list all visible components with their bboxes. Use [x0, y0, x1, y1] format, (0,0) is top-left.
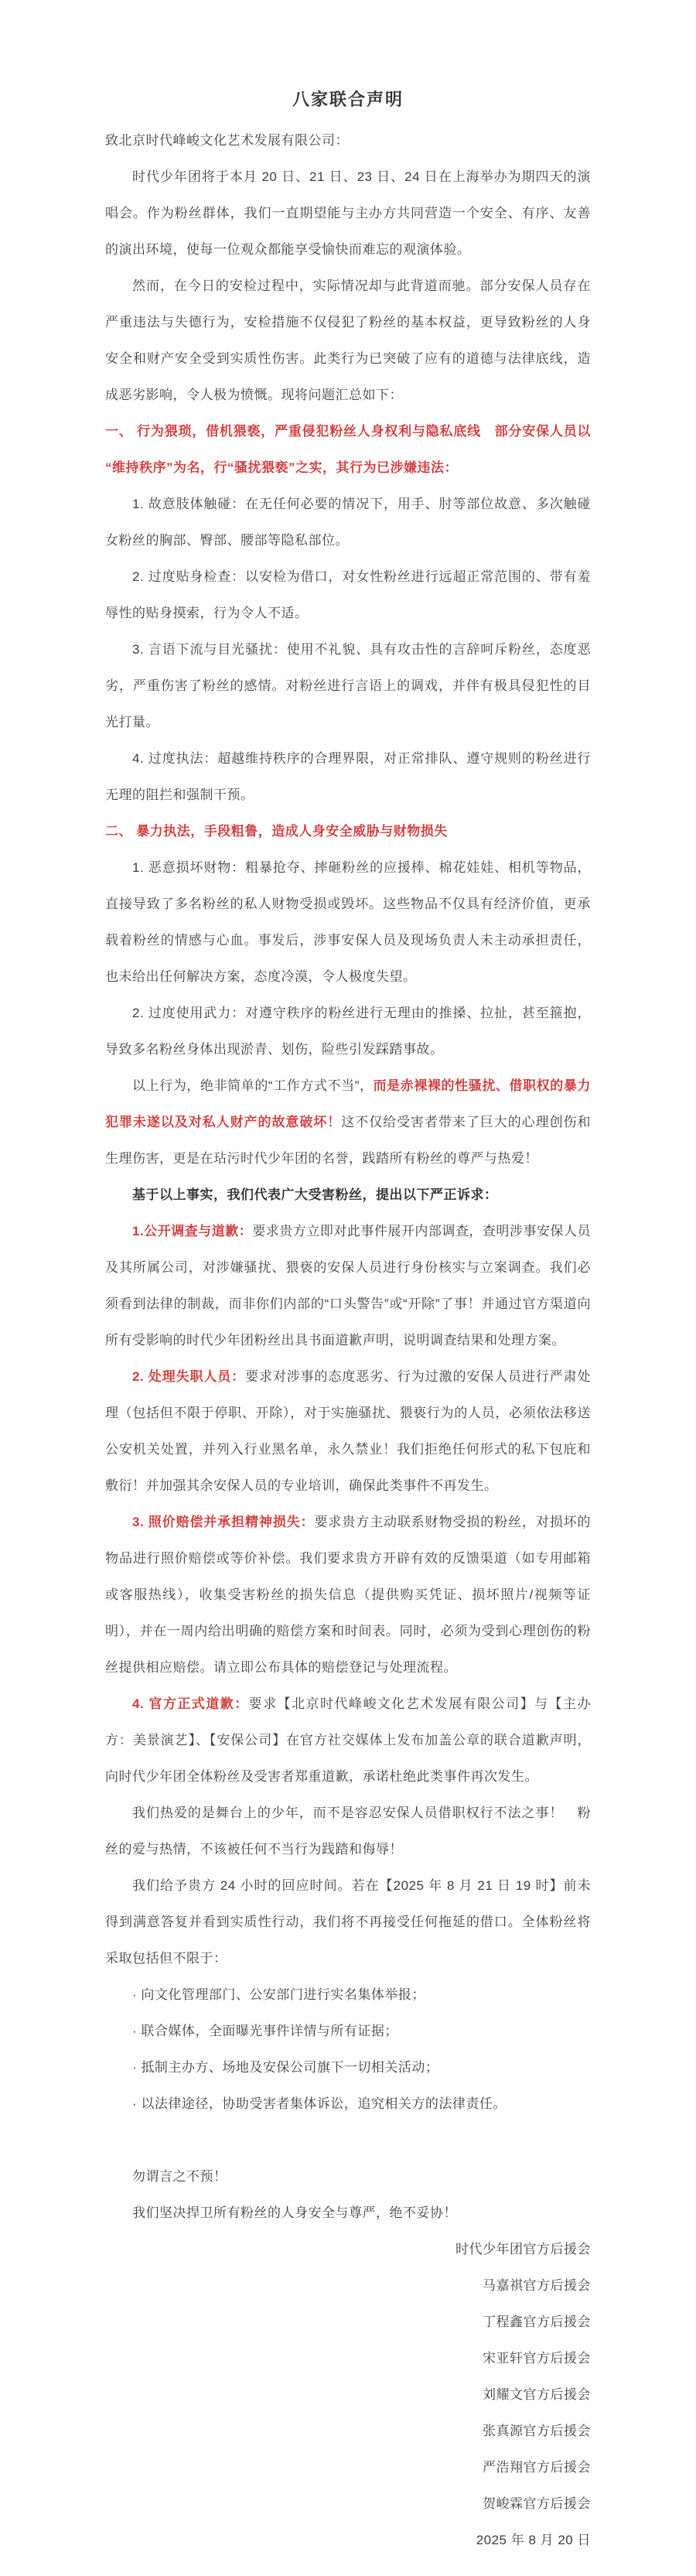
paragraph: 2. 过度贴身检查：以安检为借口，对女性粉丝进行远超正常范围的、带有羞辱性的贴身…	[105, 559, 591, 631]
body-text: 联合媒体，全面曝光事件详情与所有证据；	[141, 2024, 398, 2038]
paragraph: 3. 照价赔偿并承担精神损失：要求贵方主动联系财物受损的粉丝，对损坏的物品进行照…	[105, 1504, 591, 1686]
body-text: 1. 故意肢体触碰：在无任何必要的情况下，用手、肘等部位故意、多次触碰女粉丝的胸…	[105, 497, 591, 548]
body-text: 我们热爱的是舞台上的少年，而不是容忍安保人员借职权行不法之事！ 粉丝的爱与热情，…	[105, 1806, 591, 1857]
paragraph: 然而，在今日的安检过程中，实际情况却与此背道而驰。部分安保人员存在严重违法与失德…	[105, 268, 591, 413]
body-text: 向文化管理部门、公安部门进行实名集体举报；	[141, 1987, 425, 2002]
document-body: 致北京时代峰峻文化艺术发展有限公司：时代少年团将于本月 20 日、21 日、23…	[105, 122, 591, 2558]
paragraph: 2. 过度使用武力：对遵守秩序的粉丝进行无理由的推搡、拉扯，甚至箍抱，导致多名粉…	[105, 995, 591, 1068]
signature-line: 刘耀文官方后援会	[105, 2376, 591, 2413]
body-text: 4. 过度执法：超越维持秩序的合理界限，对正常排队、遵守规则的粉丝进行无理的阻拦…	[105, 751, 591, 802]
paragraph: 勿谓言之不预！	[105, 2158, 591, 2195]
signature-line: 马嘉祺官方后援会	[105, 2267, 591, 2304]
signature-line: 宋亚轩官方后援会	[105, 2340, 591, 2376]
signature-line: 时代少年团官方后援会	[105, 2231, 591, 2267]
emphasis-red-text: 2. 处理失职人员：	[132, 1369, 245, 1384]
paragraph: 4. 过度执法：超越维持秩序的合理界限，对正常排队、遵守规则的粉丝进行无理的阻拦…	[105, 740, 591, 813]
paragraph: 1. 恶意损坏财物：粗暴抢夺、摔砸粉丝的应援棒、棉花娃娃、相机等物品，直接导致了…	[105, 849, 591, 995]
bullet-marker-icon: ·	[132, 2096, 141, 2111]
body-text: 贺峻霖官方后援会	[483, 2496, 591, 2511]
bullet-item: · 抵制主办方、场地及安保公司旗下一切相关活动；	[105, 2049, 591, 2086]
paragraph: 以上行为，绝非简单的“工作方式不当”，而是赤裸裸的性骚扰、借职权的暴力犯罪未遂以…	[105, 1068, 591, 1177]
date-line: 2025 年 8 月 20 日	[105, 2522, 591, 2558]
body-text: 2025 年 8 月 20 日	[476, 2533, 591, 2547]
body-text: 致北京时代峰峻文化艺术发展有限公司：	[105, 133, 349, 148]
paragraph: 1. 故意肢体触碰：在无任何必要的情况下，用手、肘等部位故意、多次触碰女粉丝的胸…	[105, 486, 591, 559]
body-text: 我们坚决捍卫所有粉丝的人身安全与尊严，绝不妥协！	[132, 2205, 457, 2220]
emphasis-red-text: 1.公开调查与道歉：	[132, 1224, 252, 1238]
document-page: 八家联合声明 致北京时代峰峻文化艺术发展有限公司：时代少年团将于本月 20 日、…	[0, 0, 696, 2576]
body-text: 3. 言语下流与目光骚扰：使用不礼貌、具有攻击性的言辞呵斥粉丝，态度恶劣，严重伤…	[105, 642, 591, 729]
emphasis-red-text: 二、 暴力执法，手段粗鲁，造成人身安全威胁与财物损失	[105, 824, 448, 839]
body-text: 马嘉祺官方后援会	[483, 2278, 591, 2293]
paragraph: 基于以上事实，我们代表广大受害粉丝，提出以下严正诉求：	[105, 1177, 591, 1213]
body-text: 要求贵方主动联系财物受损的粉丝，对损坏的物品进行照价赔偿或等价补偿。我们要求贵方…	[105, 1515, 591, 1675]
paragraph: 我们给予贵方 24 小时的回应时间。若在【2025 年 8 月 21 日 19 …	[105, 1867, 591, 1976]
body-text: 以法律途径，协助受害者集体诉讼，追究相关方的法律责任。	[141, 2096, 507, 2111]
body-text: 抵制主办方、场地及安保公司旗下一切相关活动；	[141, 2060, 438, 2075]
body-text: 刘耀文官方后援会	[483, 2387, 591, 2402]
emphasis-red-text: 4. 官方正式道歉：	[132, 1696, 249, 1711]
emphasis-red-text: 3. 照价赔偿并承担精神损失：	[132, 1515, 315, 1529]
paragraph: 1.公开调查与道歉：要求贵方立即对此事件展开内部调查，查明涉事安保人员及其所属公…	[105, 1213, 591, 1358]
body-text: 丁程鑫官方后援会	[483, 2315, 591, 2329]
bullet-item: · 联合媒体，全面曝光事件详情与所有证据；	[105, 2013, 591, 2049]
bullet-item: · 以法律途径，协助受害者集体诉讼，追究相关方的法律责任。	[105, 2086, 591, 2122]
body-text: 1. 恶意损坏财物：粗暴抢夺、摔砸粉丝的应援棒、棉花娃娃、相机等物品，直接导致了…	[105, 860, 591, 984]
paragraph: 我们坚决捍卫所有粉丝的人身安全与尊严，绝不妥协！	[105, 2195, 591, 2231]
document-title: 八家联合声明	[105, 87, 591, 113]
signature-line: 丁程鑫官方后援会	[105, 2304, 591, 2340]
body-text: 时代少年团官方后援会	[455, 2242, 591, 2257]
paragraph: 时代少年团将于本月 20 日、21 日、23 日、24 日在上海举办为期四天的演…	[105, 159, 591, 268]
signature-line: 贺峻霖官方后援会	[105, 2485, 591, 2522]
signature-line: 张真源官方后援会	[105, 2413, 591, 2449]
section-heading: 一、 行为猥琐，借机猥亵，严重侵犯粉丝人身权利与隐私底线 部分安保人员以“维持秩…	[105, 413, 591, 486]
signature-line: 严浩翔官方后援会	[105, 2449, 591, 2485]
emphasis-red-text: 一、 行为猥琐，借机猥亵，严重侵犯粉丝人身权利与隐私底线 部分安保人员以“维持秩…	[105, 424, 591, 475]
body-text: 以上行为，绝非简单的“工作方式不当”，	[132, 1078, 374, 1093]
body-text: 时代少年团将于本月 20 日、21 日、23 日、24 日在上海举办为期四天的演…	[105, 169, 591, 257]
paragraph: 2. 处理失职人员：要求对涉事的态度恶劣、行为过激的安保人员进行严肃处理（包括但…	[105, 1358, 591, 1504]
body-text: 严浩翔官方后援会	[483, 2460, 591, 2475]
body-text: 2. 过度使用武力：对遵守秩序的粉丝进行无理由的推搡、拉扯，甚至箍抱，导致多名粉…	[105, 1006, 591, 1057]
body-text: 要求对涉事的态度恶劣、行为过激的安保人员进行严肃处理（包括但不限于停职、开除），…	[105, 1369, 591, 1493]
body-text: 要求贵方立即对此事件展开内部调查，查明涉事安保人员及其所属公司，对涉嫌骚扰、猥亵…	[105, 1224, 591, 1348]
paragraph: 我们热爱的是舞台上的少年，而不是容忍安保人员借职权行不法之事！ 粉丝的爱与热情，…	[105, 1795, 591, 1867]
salutation-line: 致北京时代峰峻文化艺术发展有限公司：	[105, 122, 591, 159]
bullet-marker-icon: ·	[132, 2024, 141, 2038]
document-content: 八家联合声明 致北京时代峰峻文化艺术发展有限公司：时代少年团将于本月 20 日、…	[105, 0, 591, 2558]
section-heading: 二、 暴力执法，手段粗鲁，造成人身安全威胁与财物损失	[105, 813, 591, 849]
body-text: 然而，在今日的安检过程中，实际情况却与此背道而驰。部分安保人员存在严重违法与失德…	[105, 278, 591, 402]
body-text: 2. 过度贴身检查：以安检为借口，对女性粉丝进行远超正常范围的、带有羞辱性的贴身…	[105, 569, 591, 620]
emphasis-bold-text: 基于以上事实，我们代表广大受害粉丝，提出以下严正诉求：	[132, 1187, 498, 1202]
bullet-item: · 向文化管理部门、公安部门进行实名集体举报；	[105, 1976, 591, 2013]
paragraph: 4. 官方正式道歉：要求【北京时代峰峻文化艺术发展有限公司】与【主办方：美景演艺…	[105, 1686, 591, 1795]
bullet-marker-icon: ·	[132, 2060, 141, 2075]
body-text: 我们给予贵方 24 小时的回应时间。若在【2025 年 8 月 21 日 19 …	[105, 1878, 591, 1966]
body-text: 宋亚轩官方后援会	[483, 2351, 591, 2366]
body-text: 勿谓言之不预！	[132, 2169, 227, 2184]
paragraph: 3. 言语下流与目光骚扰：使用不礼貌、具有攻击性的言辞呵斥粉丝，态度恶劣，严重伤…	[105, 631, 591, 740]
bullet-marker-icon: ·	[132, 1987, 141, 2002]
body-text: 张真源官方后援会	[483, 2424, 591, 2438]
blank-line	[105, 2122, 591, 2158]
